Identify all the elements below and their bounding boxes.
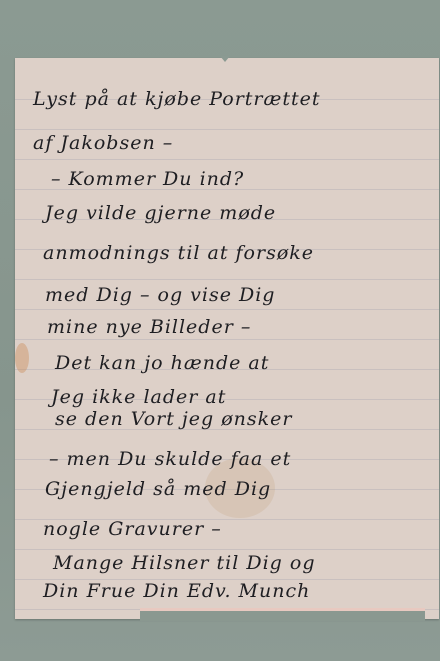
stain	[15, 343, 29, 373]
text-line: Lyst på at kjøbe Portrættet	[33, 88, 321, 110]
text-line: Jeg ikke lader at	[51, 386, 226, 408]
text-line: anmodnings til at forsøke	[43, 242, 314, 264]
text-line: med Dig – og vise Dig	[45, 284, 275, 306]
text-line: mine nye Billeder –	[47, 316, 251, 338]
paper-notch	[220, 56, 230, 62]
text-line: Gjengjeld så med Dig	[45, 478, 271, 500]
text-line: nogle Gravurer –	[43, 518, 222, 540]
text-line: – men Du skulde faa et	[49, 448, 291, 470]
text-line: Mange Hilsner til Dig og	[53, 552, 315, 574]
signature-line: Din Frue Din Edv. Munch	[43, 580, 310, 602]
text-line: se den Vort jeg ønsker	[55, 408, 293, 430]
text-line: Jeg vilde gjerne møde	[45, 202, 276, 224]
paper-cut-edge	[140, 608, 425, 621]
text-line: – Kommer Du ind?	[51, 168, 244, 190]
text-line: Det kan jo hænde at	[55, 352, 269, 374]
text-line: af Jakobsen –	[33, 132, 173, 154]
letter-page: Lyst på at kjøbe Portrættet af Jakobsen …	[15, 58, 439, 619]
